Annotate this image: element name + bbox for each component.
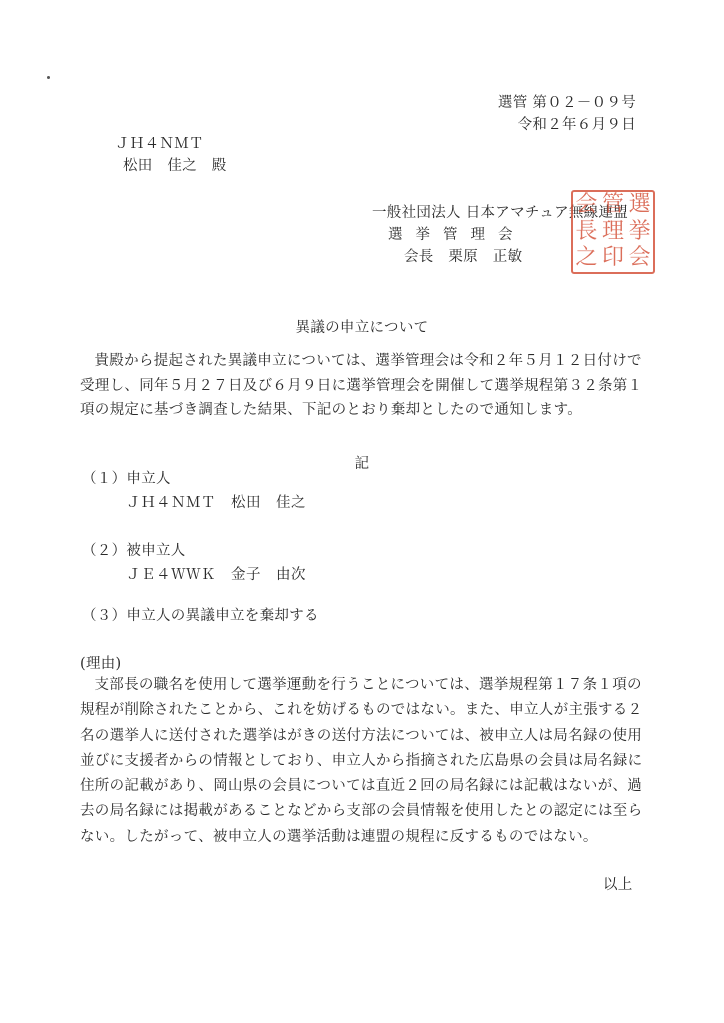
closing-mark: 以上 bbox=[603, 873, 633, 894]
addressee-block: ＪＨ４ＮＭＴ 松田 佳之 殿 bbox=[115, 133, 227, 177]
seal-char: 管 bbox=[600, 192, 627, 219]
document-title: 異議の申立について bbox=[0, 316, 724, 337]
item-respondent: （２）被申立人 ＪＥ４ＷＷＫ 金子 由次 bbox=[82, 539, 306, 587]
seal-char: 会 bbox=[626, 245, 653, 272]
item-detail: ＪＨ４ＮＭＴ 松田 佳之 bbox=[82, 491, 306, 515]
seal-char: 印 bbox=[600, 245, 627, 272]
issue-date: 令和２年６月９日 bbox=[498, 114, 636, 136]
item-label: （２）被申立人 bbox=[82, 539, 306, 563]
official-seal: 会 管 選 長 理 挙 之 印 会 bbox=[571, 190, 655, 274]
addressee-name: 松田 佳之 殿 bbox=[115, 155, 227, 177]
seal-char: 挙 bbox=[626, 219, 653, 246]
seal-char: 選 bbox=[626, 192, 653, 219]
item-detail: ＪＥ４ＷＷＫ 金子 由次 bbox=[82, 563, 306, 587]
reason-heading: (理由) bbox=[80, 652, 122, 673]
body-paragraph: 貴殿から提起された異議申立については、選挙管理会は令和２年５月１２日付けで受理し… bbox=[80, 349, 650, 423]
seal-char: 理 bbox=[600, 219, 627, 246]
reference-number: 選管 第０２－０９号 bbox=[498, 92, 636, 114]
item-decision: （３）申立人の異議申立を棄却する bbox=[82, 604, 319, 628]
addressee-callsign: ＪＨ４ＮＭＴ bbox=[115, 133, 227, 155]
item-label: （３）申立人の異議申立を棄却する bbox=[82, 604, 319, 628]
seal-char: 之 bbox=[573, 245, 600, 272]
reason-paragraph: 支部長の職名を使用して選挙運動を行うことについては、選挙規程第１７条１項の規程が… bbox=[80, 673, 650, 850]
item-applicant: （１）申立人 ＪＨ４ＮＭＴ 松田 佳之 bbox=[82, 467, 306, 515]
reference-block: 選管 第０２－０９号 令和２年６月９日 bbox=[498, 92, 636, 136]
scan-speck bbox=[47, 76, 50, 79]
seal-char: 会 bbox=[573, 192, 600, 219]
seal-char: 長 bbox=[573, 219, 600, 246]
item-label: （１）申立人 bbox=[82, 467, 306, 491]
